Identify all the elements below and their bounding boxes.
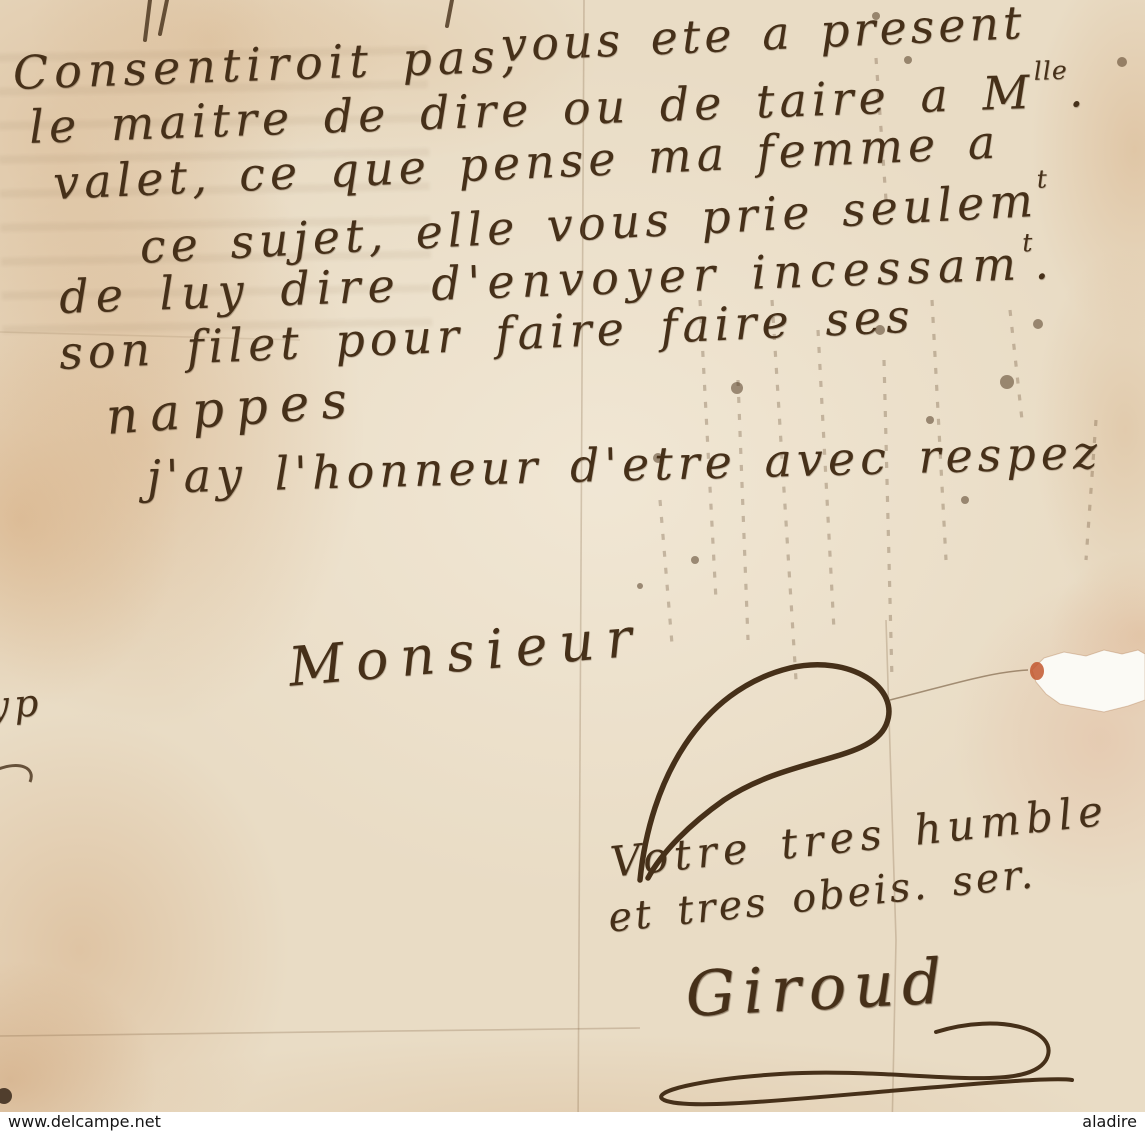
letter-scan-page: Consentiroit pas, vous ete a present le … — [0, 0, 1145, 1132]
watermark-bar: www.delcampe.net aladire — [0, 1112, 1145, 1132]
delcampe-watermark: www.delcampe.net — [8, 1112, 161, 1132]
line-2-tail: . — [1068, 63, 1089, 118]
paper-tear-hole — [1030, 650, 1145, 712]
signature-giroud: Giroud — [684, 944, 951, 1031]
cut-off-word-fragment: yp — [0, 680, 45, 728]
line-2-superscript: lle — [1033, 56, 1068, 86]
line-4-superscript: t — [1036, 164, 1049, 194]
line-5-tail: . — [1033, 235, 1056, 290]
salutation-monsieur: Monsieur — [286, 605, 646, 699]
wax-trace — [1030, 662, 1044, 680]
signature-flourish — [661, 1024, 1072, 1105]
letter-line-closing-honneur: j'ay l'honneur d'etre avec respez — [146, 425, 1103, 504]
letter-line-7: nappes — [104, 370, 361, 446]
paper-crack-line — [890, 670, 1028, 700]
left-edge-stroke — [0, 766, 31, 782]
seller-watermark: aladire — [1082, 1112, 1137, 1132]
